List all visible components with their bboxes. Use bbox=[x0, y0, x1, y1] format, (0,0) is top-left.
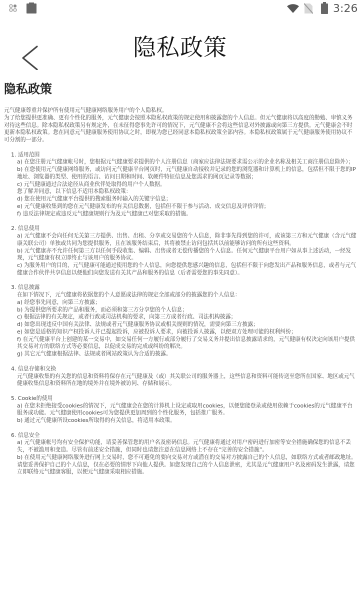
policy-clause: f) 违反法律规定或违反元气健康规则行为及元气健康已对您采取的措施。 bbox=[17, 211, 357, 218]
section-body: 元气健康收集的有关您的信息和资料将保存在元气健康及（或）其关联公司的服务器上，这… bbox=[0, 373, 357, 388]
battery-icon bbox=[321, 2, 328, 14]
section-body: a) 元气健康帐号均有安全保护功能，请妥善保管您的用户名及密码信息。元气健康将通… bbox=[0, 439, 357, 476]
policy-clause: a) 在您未拒绝接受cookies的情况下，元气健康会在您的计算机上设定或取用c… bbox=[17, 403, 357, 418]
policy-clause: g) 其它元气健康根据法律、法规或者网站政策认为合适的披露。 bbox=[17, 351, 357, 358]
policy-clause: a) 元气健康帐号均有安全保护功能，请妥善保管您的用户名及密码信息。元气健康将通… bbox=[17, 439, 357, 454]
section-security: 6. 信息安全 a) 元气健康帐号均有安全保护功能，请妥善保管您的用户名及密码信… bbox=[0, 432, 360, 476]
policy-clause: f) 在元气健康平台上创建的某一交易中，如交易任何一方履行或部分履行了交易义务并… bbox=[17, 336, 357, 351]
section-body: a) 在您未拒绝接受cookies的情况下，元气健康会在您的计算机上设定或取用c… bbox=[0, 403, 357, 425]
section-disclosure: 3. 信息披露 在如下情况下，元气健康将依据您的个人意愿或法律的规定全部或部分的… bbox=[0, 284, 360, 358]
page-title: 隐私政策 bbox=[0, 33, 360, 63]
policy-clause: c) 为服务用户的目的，元气健康可能通过使用您的个人信息，向您提供您感兴趣的信息… bbox=[17, 262, 357, 277]
section-body: a) 元气健康不会向任何无关第三方提供、出售、出租、分享或交易您的个人信息，除非… bbox=[0, 233, 357, 277]
section-storage: 4. 信息存储和交换 元气健康收集的有关您的信息和资料将保存在元气健康及（或）其… bbox=[0, 366, 360, 388]
policy-clause: b) 在使用元气健康网络服务进行网上交易时，您不可避免的要向交易对方或潜在的交易… bbox=[17, 454, 357, 476]
content-heading: 隐私政策 bbox=[4, 81, 52, 97]
section-usage: 2. 信息使用 a) 元气健康不会向任何无关第三方提供、出售、出租、分享或交易您… bbox=[0, 225, 360, 277]
sd-card-icon bbox=[26, 2, 37, 14]
policy-clause: b) 元气健康亦不允许任何第三方以任何手段收集、编辑、出售或者无偿传播您的个人信… bbox=[17, 248, 357, 263]
clock-time: 3:26 bbox=[333, 2, 358, 16]
section-cookies: 5. Cookie的使用 a) 在您未拒绝接受cookies的情况下，元气健康会… bbox=[0, 395, 360, 425]
policy-scroll-area[interactable]: 元气健康尊重并保护所有使用元气健康网络服务用户的个人隐私权。 为了给您提供更准确… bbox=[0, 107, 360, 476]
policy-clause: a) 元气健康不会向任何无关第三方提供、出售、出租、分享或交易您的个人信息，除非… bbox=[17, 233, 357, 248]
policy-clause: b) 在您使用元气健康网络服务，或访问元气健康平台网页时，元气健康自动接收并记录… bbox=[17, 166, 357, 181]
section-body: a) 在您注册元气健康帐号时，您根据元气健康要求提供的个人注册信息（商家应法律法… bbox=[0, 159, 357, 218]
app-header: 隐私政策 bbox=[0, 20, 360, 76]
section-scope: 1. 适用范围 a) 在您注册元气健康帐号时，您根据元气健康要求提供的个人注册信… bbox=[0, 152, 360, 218]
section-body: 在如下情况下，元气健康将依据您的个人意愿或法律的规定全部或部分的披露您的个人信息… bbox=[0, 292, 357, 358]
wifi-icon bbox=[287, 4, 299, 13]
intro-body: 为了给您提供更准确、更有个性化的服务，元气健康会按照本隐私权政策的规定使用和披露… bbox=[4, 115, 354, 145]
app-grid-icon bbox=[9, 4, 17, 12]
policy-clause: 元气健康收集的有关您的信息和资料将保存在元气健康及（或）其关联公司的服务器上，这… bbox=[17, 373, 357, 388]
status-bar: 3:26 bbox=[0, 0, 360, 20]
policy-clause: b) 通过元气健康所设cookies所取得的有关信息，将适用本政策。 bbox=[17, 417, 357, 424]
no-sim-icon bbox=[304, 3, 313, 14]
intro: 元气健康尊重并保护所有使用元气健康网络服务用户的个人隐私权。 为了给您提供更准确… bbox=[0, 107, 354, 144]
